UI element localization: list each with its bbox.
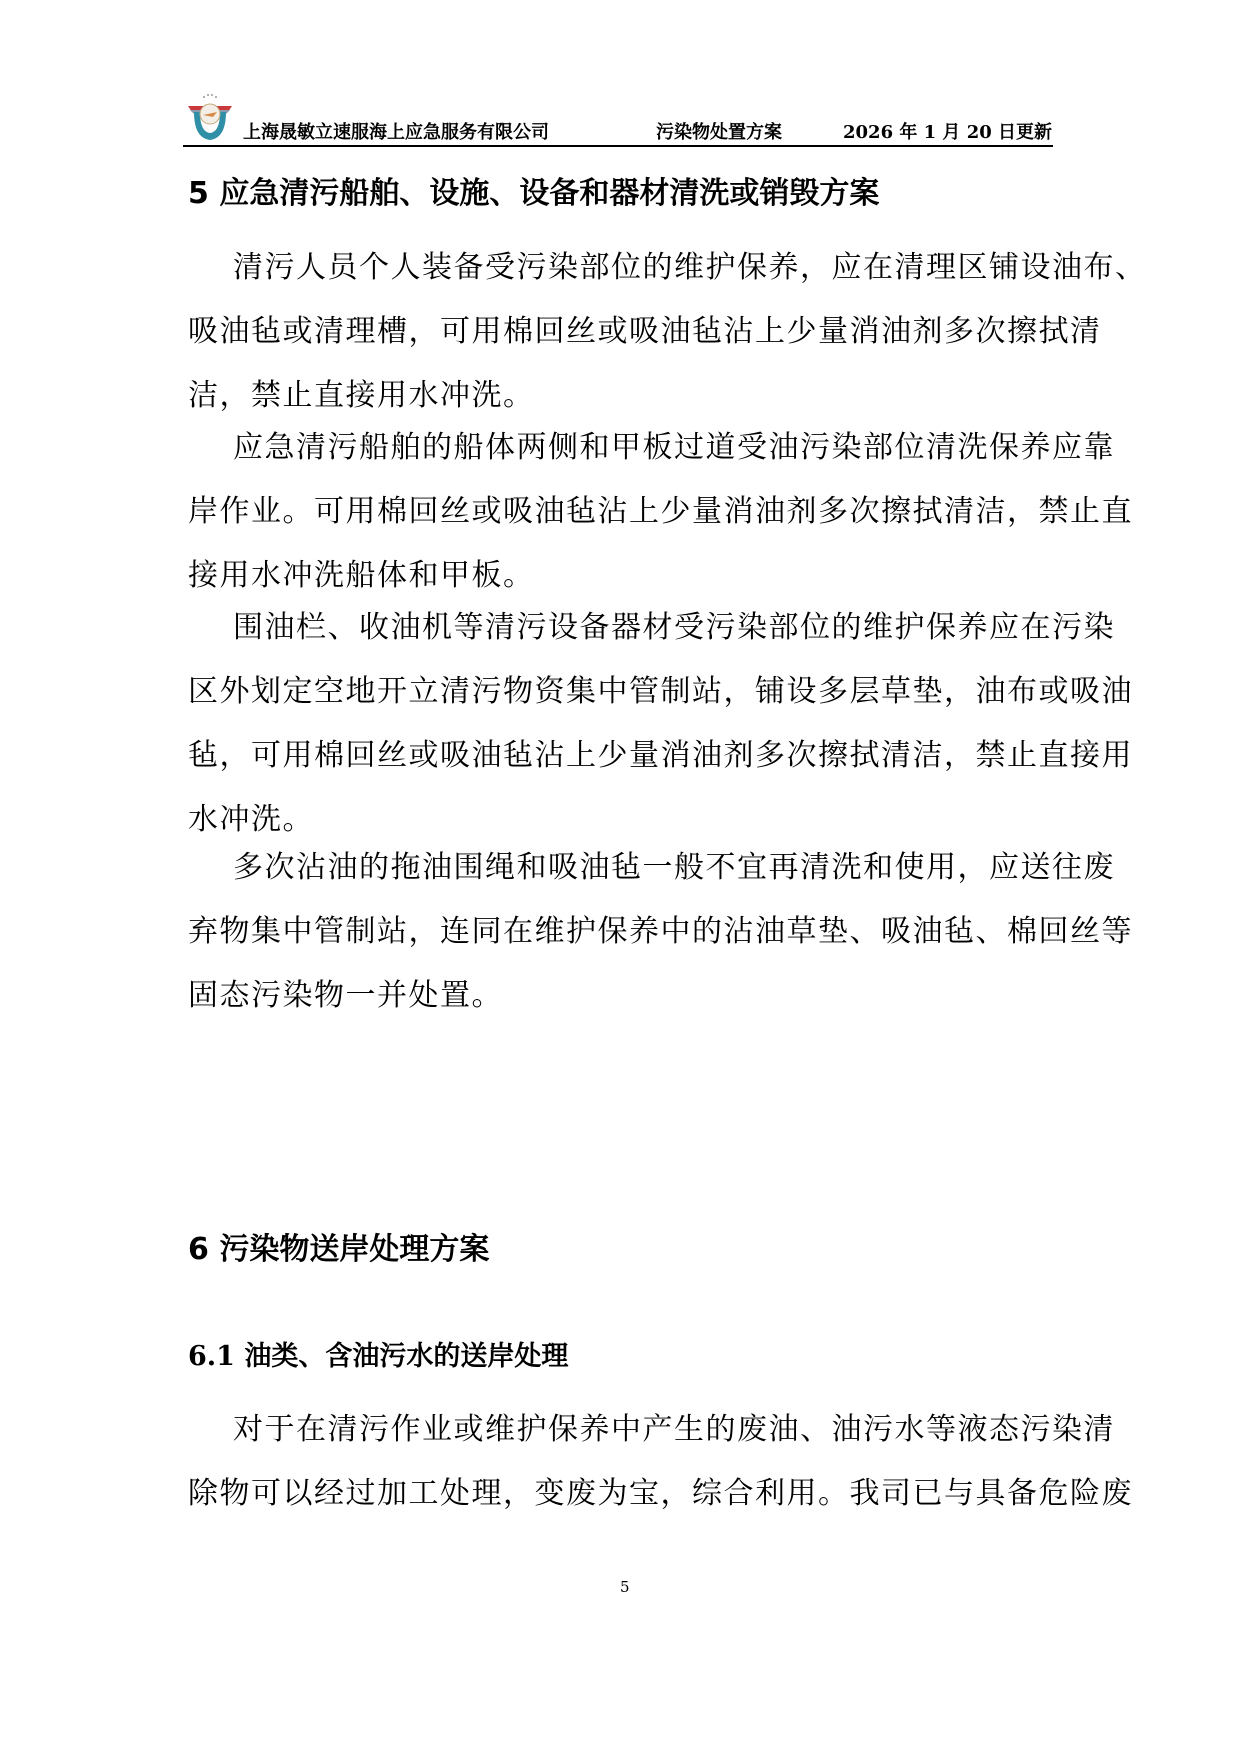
paragraph-line: 多次沾油的拖油围绳和吸油毡一般不宜再清洗和使用，应送往废 xyxy=(188,836,1063,900)
section-5-paragraph-3: 围油栏、收油机等清污设备器材受污染部位的维护保养应在污染 区外划定空地开立清污物… xyxy=(188,596,1063,852)
section-5-paragraph-1: 清污人员个人装备受污染部位的维护保养，应在清理区铺设油布、 吸油毡或清理槽，可用… xyxy=(188,236,1063,428)
header-update-date: 2026 年 1 月 20 日更新 xyxy=(843,118,1052,144)
page-header: 上海晟敏立速服海上应急服务有限公司 污染物处置方案 2026 年 1 月 20 … xyxy=(183,88,1053,148)
section-5-paragraph-4: 多次沾油的拖油围绳和吸油毡一般不宜再清洗和使用，应送往废 弃物集中管制站，连同在… xyxy=(188,836,1063,1028)
paragraph-line: 除物可以经过加工处理，变废为宝，综合利用。我司已与具备危险废 xyxy=(188,1462,1063,1526)
company-emblem-icon xyxy=(186,92,234,144)
paragraph-line: 吸油毡或清理槽，可用棉回丝或吸油毡沾上少量消油剂多次擦拭清 xyxy=(188,300,1063,364)
header-company-name: 上海晟敏立速服海上应急服务有限公司 xyxy=(243,118,549,144)
paragraph-line: 围油栏、收油机等清污设备器材受污染部位的维护保养应在污染 xyxy=(188,596,1063,660)
section-5-paragraph-2: 应急清污船舶的船体两侧和甲板过道受油污染部位清洗保养应靠 岸作业。可用棉回丝或吸… xyxy=(188,416,1063,608)
page-number: 5 xyxy=(620,1578,630,1596)
section-6-heading: 6 污染物送岸处理方案 xyxy=(188,1224,489,1268)
header-document-title: 污染物处置方案 xyxy=(656,118,782,144)
header-divider xyxy=(183,145,1053,147)
paragraph-line: 毡，可用棉回丝或吸油毡沾上少量消油剂多次擦拭清洁，禁止直接用 xyxy=(188,724,1063,788)
paragraph-line: 清污人员个人装备受污染部位的维护保养，应在清理区铺设油布、 xyxy=(188,236,1063,300)
paragraph-line: 应急清污船舶的船体两侧和甲板过道受油污染部位清洗保养应靠 xyxy=(188,416,1063,480)
paragraph-line: 固态污染物一并处置。 xyxy=(188,964,1063,1028)
document-page: 上海晟敏立速服海上应急服务有限公司 污染物处置方案 2026 年 1 月 20 … xyxy=(0,0,1257,1754)
section-5-heading: 5 应急清污船舶、设施、设备和器材清洗或销毁方案 xyxy=(188,168,879,212)
section-6-1-paragraph: 对于在清污作业或维护保养中产生的废油、油污水等液态污染清 除物可以经过加工处理，… xyxy=(188,1398,1063,1526)
paragraph-line: 岸作业。可用棉回丝或吸油毡沾上少量消油剂多次擦拭清洁，禁止直 xyxy=(188,480,1063,544)
paragraph-line: 对于在清污作业或维护保养中产生的废油、油污水等液态污染清 xyxy=(188,1398,1063,1462)
paragraph-line: 弃物集中管制站，连同在维护保养中的沾油草垫、吸油毡、棉回丝等 xyxy=(188,900,1063,964)
paragraph-line: 区外划定空地开立清污物资集中管制站，铺设多层草垫，油布或吸油 xyxy=(188,660,1063,724)
section-6-1-heading: 6.1 油类、含油污水的送岸处理 xyxy=(188,1334,568,1373)
